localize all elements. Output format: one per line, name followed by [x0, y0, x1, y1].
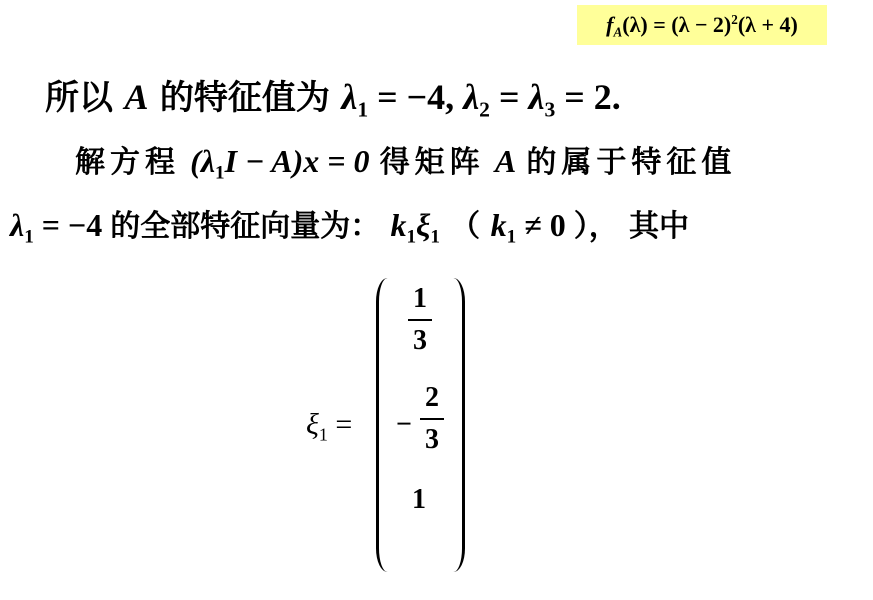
- eq: =: [490, 77, 529, 117]
- denominator: 3: [425, 424, 439, 456]
- k: k: [491, 207, 507, 243]
- eq: I − A)x = 0: [225, 143, 370, 179]
- sub: 1: [24, 227, 34, 248]
- xi: ξ: [306, 408, 319, 441]
- sub: 2: [479, 98, 490, 122]
- paren: ），: [574, 209, 619, 244]
- text-belonging-eigenvalue: 的属于特征值: [526, 145, 736, 180]
- solve-equation-line: 解方程 (λ1I − A)x = 0 得矩阵 A 的属于特征值: [75, 138, 736, 186]
- sub: 1: [507, 227, 517, 248]
- eq: = −4: [34, 207, 110, 243]
- formula-rest: (λ + 4): [738, 12, 798, 37]
- eigenvector-line: λ1 = −4 的全部特征向量为： k1ξ1 （ k1 ≠ 0 ）， 其中: [10, 200, 689, 252]
- eq: = −4,: [368, 77, 463, 117]
- text-all-eigenvectors: 的全部特征向量为：: [110, 209, 380, 244]
- fraction-bar: [420, 418, 444, 420]
- equals: =: [328, 408, 352, 441]
- eq: (λ: [190, 143, 215, 179]
- sub: 1: [319, 424, 328, 444]
- sub: 3: [544, 98, 555, 122]
- text-suoyi: 所以: [45, 78, 113, 118]
- k: k: [390, 207, 406, 243]
- sub: 1: [406, 227, 416, 248]
- numerator: 1: [413, 283, 427, 315]
- text-solve: 解方程: [75, 145, 180, 180]
- lambda: λ: [10, 207, 24, 243]
- formula-sub-a: A: [613, 25, 622, 40]
- eq: = 2.: [555, 77, 621, 117]
- formula-arg: (λ) = (λ − 2): [622, 12, 731, 37]
- eq: ≠ 0: [516, 207, 574, 243]
- sub: 1: [215, 163, 225, 184]
- lambda: λ: [341, 77, 357, 117]
- right-paren: [442, 278, 465, 572]
- lambda: λ: [528, 77, 544, 117]
- matrix-a: A: [124, 77, 148, 117]
- fraction-bar: [408, 319, 432, 321]
- matrix-a: A: [495, 143, 516, 179]
- eigenvalues-line: 所以 A 的特征值为 λ1 = −4, λ2 = λ3 = 2.: [45, 72, 621, 123]
- vector-entry-3: 1: [412, 480, 426, 520]
- denominator: 3: [413, 325, 427, 357]
- sub: 1: [430, 227, 440, 248]
- negative-sign: −: [396, 405, 412, 445]
- text-eigenvalues-are: 的特征值为: [160, 78, 330, 118]
- xi: ξ: [416, 207, 430, 243]
- lambda: λ: [463, 77, 479, 117]
- numerator: 2: [425, 382, 439, 414]
- text-where: 其中: [629, 209, 689, 244]
- sub: 1: [357, 98, 368, 122]
- vector-label: ξ1 =: [306, 405, 352, 445]
- characteristic-polynomial-highlight: fA(λ) = (λ − 2)2(λ + 4): [577, 5, 827, 45]
- paren: （: [450, 209, 490, 244]
- formula-exp: 2: [731, 12, 738, 27]
- text-matrix: 得矩阵: [380, 145, 485, 180]
- vector-entry-1: 1 3: [408, 283, 432, 357]
- vector-entry-2: 2 3: [420, 382, 444, 456]
